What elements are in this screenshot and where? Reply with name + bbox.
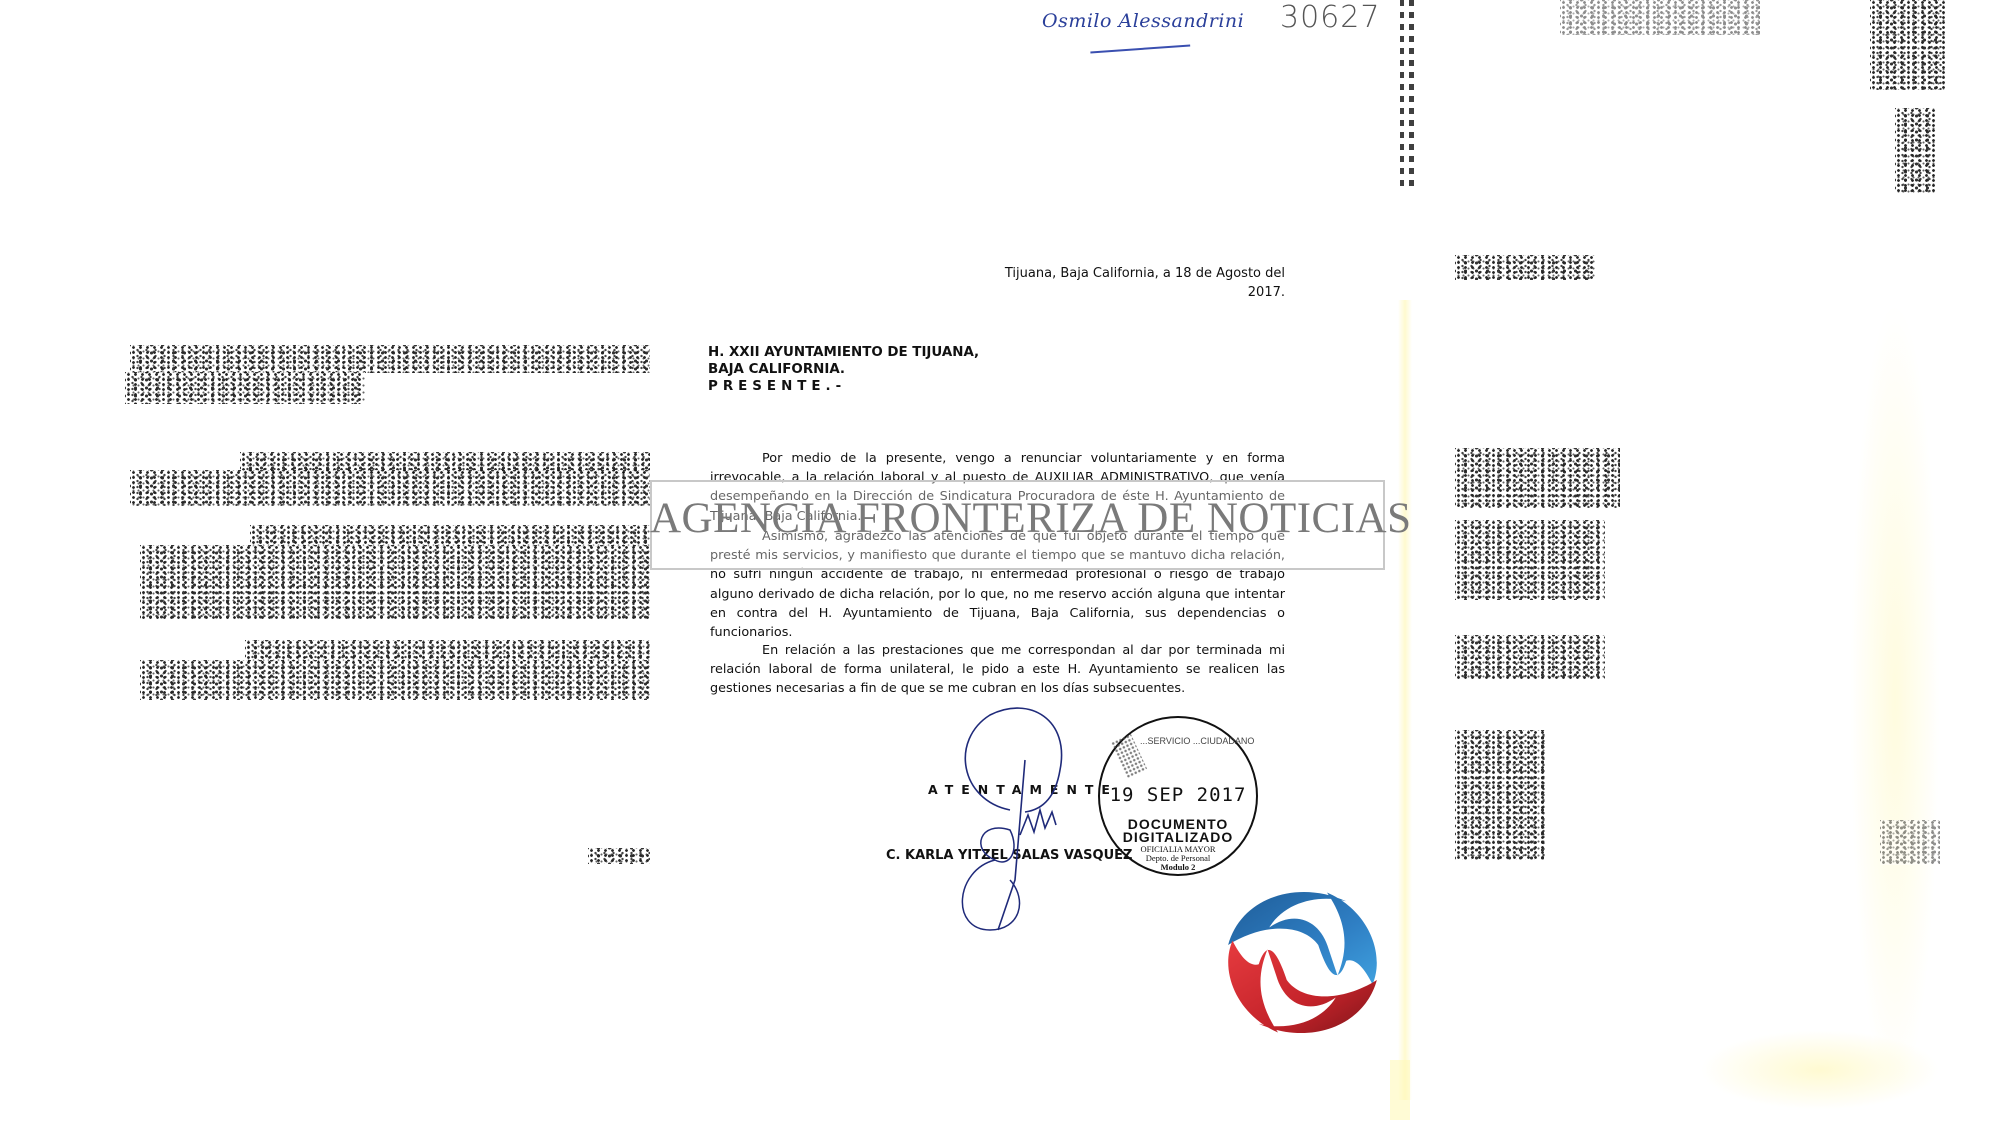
addressee-block: H. XXII AYUNTAMIENTO DE TIJUANA, BAJA CA…: [708, 344, 979, 395]
redacted-block: [1560, 0, 1760, 35]
redacted-block: [1880, 820, 1940, 865]
vertical-text-strip: [1400, 0, 1414, 190]
redacted-block: [125, 372, 365, 404]
redacted-block: [1455, 520, 1605, 600]
handwritten-name: Osmilo Alessandrini: [1042, 10, 1244, 32]
page-edge-shadow: [1390, 1060, 1410, 1120]
redacted-block: [130, 345, 650, 373]
stamp-line-2: DIGITALIZADO: [1100, 829, 1256, 845]
page-edge-shadow: [1398, 300, 1412, 1100]
redacted-block: [1895, 108, 1935, 193]
redacted-block: [140, 660, 650, 700]
redacted-block: [1870, 0, 1945, 90]
received-stamp: ...SERVICIO ...CIUDADANO 19 SEP 2017 DOC…: [1098, 716, 1258, 876]
addressee-line-2: BAJA CALIFORNIA.: [708, 361, 979, 378]
stamp-date: 19 SEP 2017: [1100, 784, 1256, 806]
watermark-text: AGENCIA FRONTERIZA DE NOTICIAS: [650, 494, 1385, 544]
addressee-line-3: PRESENTE.-: [708, 378, 979, 395]
stamp-top-text: ...SERVICIO ...CIUDADANO: [1140, 736, 1254, 746]
redacted-block: [588, 848, 650, 864]
agency-logo-icon: [1215, 875, 1390, 1050]
date-line: Tijuana, Baja California, a 18 de Agosto…: [985, 264, 1285, 302]
stamp-line-5: Modulo 2: [1100, 862, 1256, 872]
redacted-block: [250, 525, 650, 547]
paper-stain: [1850, 300, 1940, 1100]
redacted-block: [130, 470, 650, 506]
redacted-block: [1455, 255, 1595, 280]
redacted-block: [245, 640, 650, 662]
redacted-block: [1455, 635, 1605, 680]
redacted-block: [1455, 730, 1545, 860]
redacted-block: [140, 545, 650, 620]
paragraph-3: En relación a las prestaciones que me co…: [710, 641, 1285, 699]
reference-number: 30627: [1280, 0, 1380, 35]
signature-icon: [950, 700, 1090, 940]
redacted-block: [1455, 448, 1620, 508]
paper-stain: [1700, 1030, 1940, 1110]
addressee-line-1: H. XXII AYUNTAMIENTO DE TIJUANA,: [708, 344, 979, 361]
